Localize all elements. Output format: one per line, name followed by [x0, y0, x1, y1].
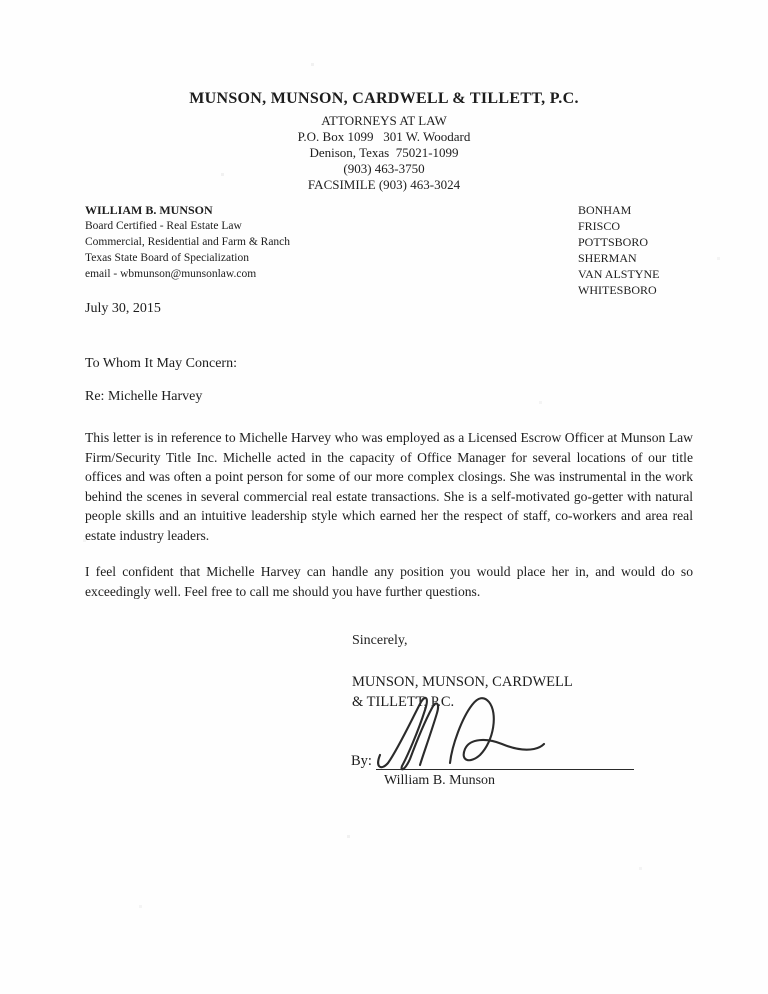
firm-name: MUNSON, MUNSON, CARDWELL & TILLETT, P.C. [0, 88, 768, 110]
by-label: By: [351, 753, 372, 770]
scan-noise [0, 0, 1, 1]
office-location: POTTSBORO [578, 234, 659, 250]
office-location: VAN ALSTYNE [578, 266, 659, 282]
attorney-credential-line: Board Certified - Real Estate Law [85, 218, 290, 234]
letterhead-facsimile: FACSIMILE (903) 463-3024 [0, 177, 768, 193]
letter-closing: Sincerely, [352, 633, 407, 649]
attorney-email-line: email - wbmunson@munsonlaw.com [85, 266, 290, 282]
attorney-credential-line: Texas State Board of Specialization [85, 250, 290, 266]
signer-name: William B. Munson [384, 773, 495, 789]
signature-line [376, 769, 634, 770]
letter-salutation: To Whom It May Concern: [85, 356, 237, 372]
office-locations-list: BONHAM FRISCO POTTSBORO SHERMAN VAN ALST… [578, 202, 659, 298]
letterhead-address-line2: Denison, Texas 75021-1099 [0, 145, 768, 161]
attorney-info-block: WILLIAM B. MUNSON Board Certified - Real… [85, 202, 290, 282]
letterhead-tagline: ATTORNEYS AT LAW [0, 113, 768, 129]
letter-paragraph-1: This letter is in reference to Michelle … [85, 428, 693, 546]
letter-date: July 30, 2015 [85, 301, 161, 317]
handwritten-signature [372, 693, 547, 773]
letterhead: MUNSON, MUNSON, CARDWELL & TILLETT, P.C.… [0, 88, 768, 193]
letter-paragraph-2: I feel confident that Michelle Harvey ca… [85, 562, 693, 601]
scanned-letter-page: MUNSON, MUNSON, CARDWELL & TILLETT, P.C.… [0, 0, 768, 994]
office-location: FRISCO [578, 218, 659, 234]
office-location: WHITESBORO [578, 282, 659, 298]
letterhead-address-line1: P.O. Box 1099 301 W. Woodard [0, 129, 768, 145]
letterhead-phone: (903) 463-3750 [0, 161, 768, 177]
letter-subject: Re: Michelle Harvey [85, 389, 202, 405]
office-location: BONHAM [578, 202, 659, 218]
attorney-name: WILLIAM B. MUNSON [85, 202, 290, 218]
office-location: SHERMAN [578, 250, 659, 266]
attorney-credential-line: Commercial, Residential and Farm & Ranch [85, 234, 290, 250]
signing-firm-line1: MUNSON, MUNSON, CARDWELL [352, 672, 573, 692]
